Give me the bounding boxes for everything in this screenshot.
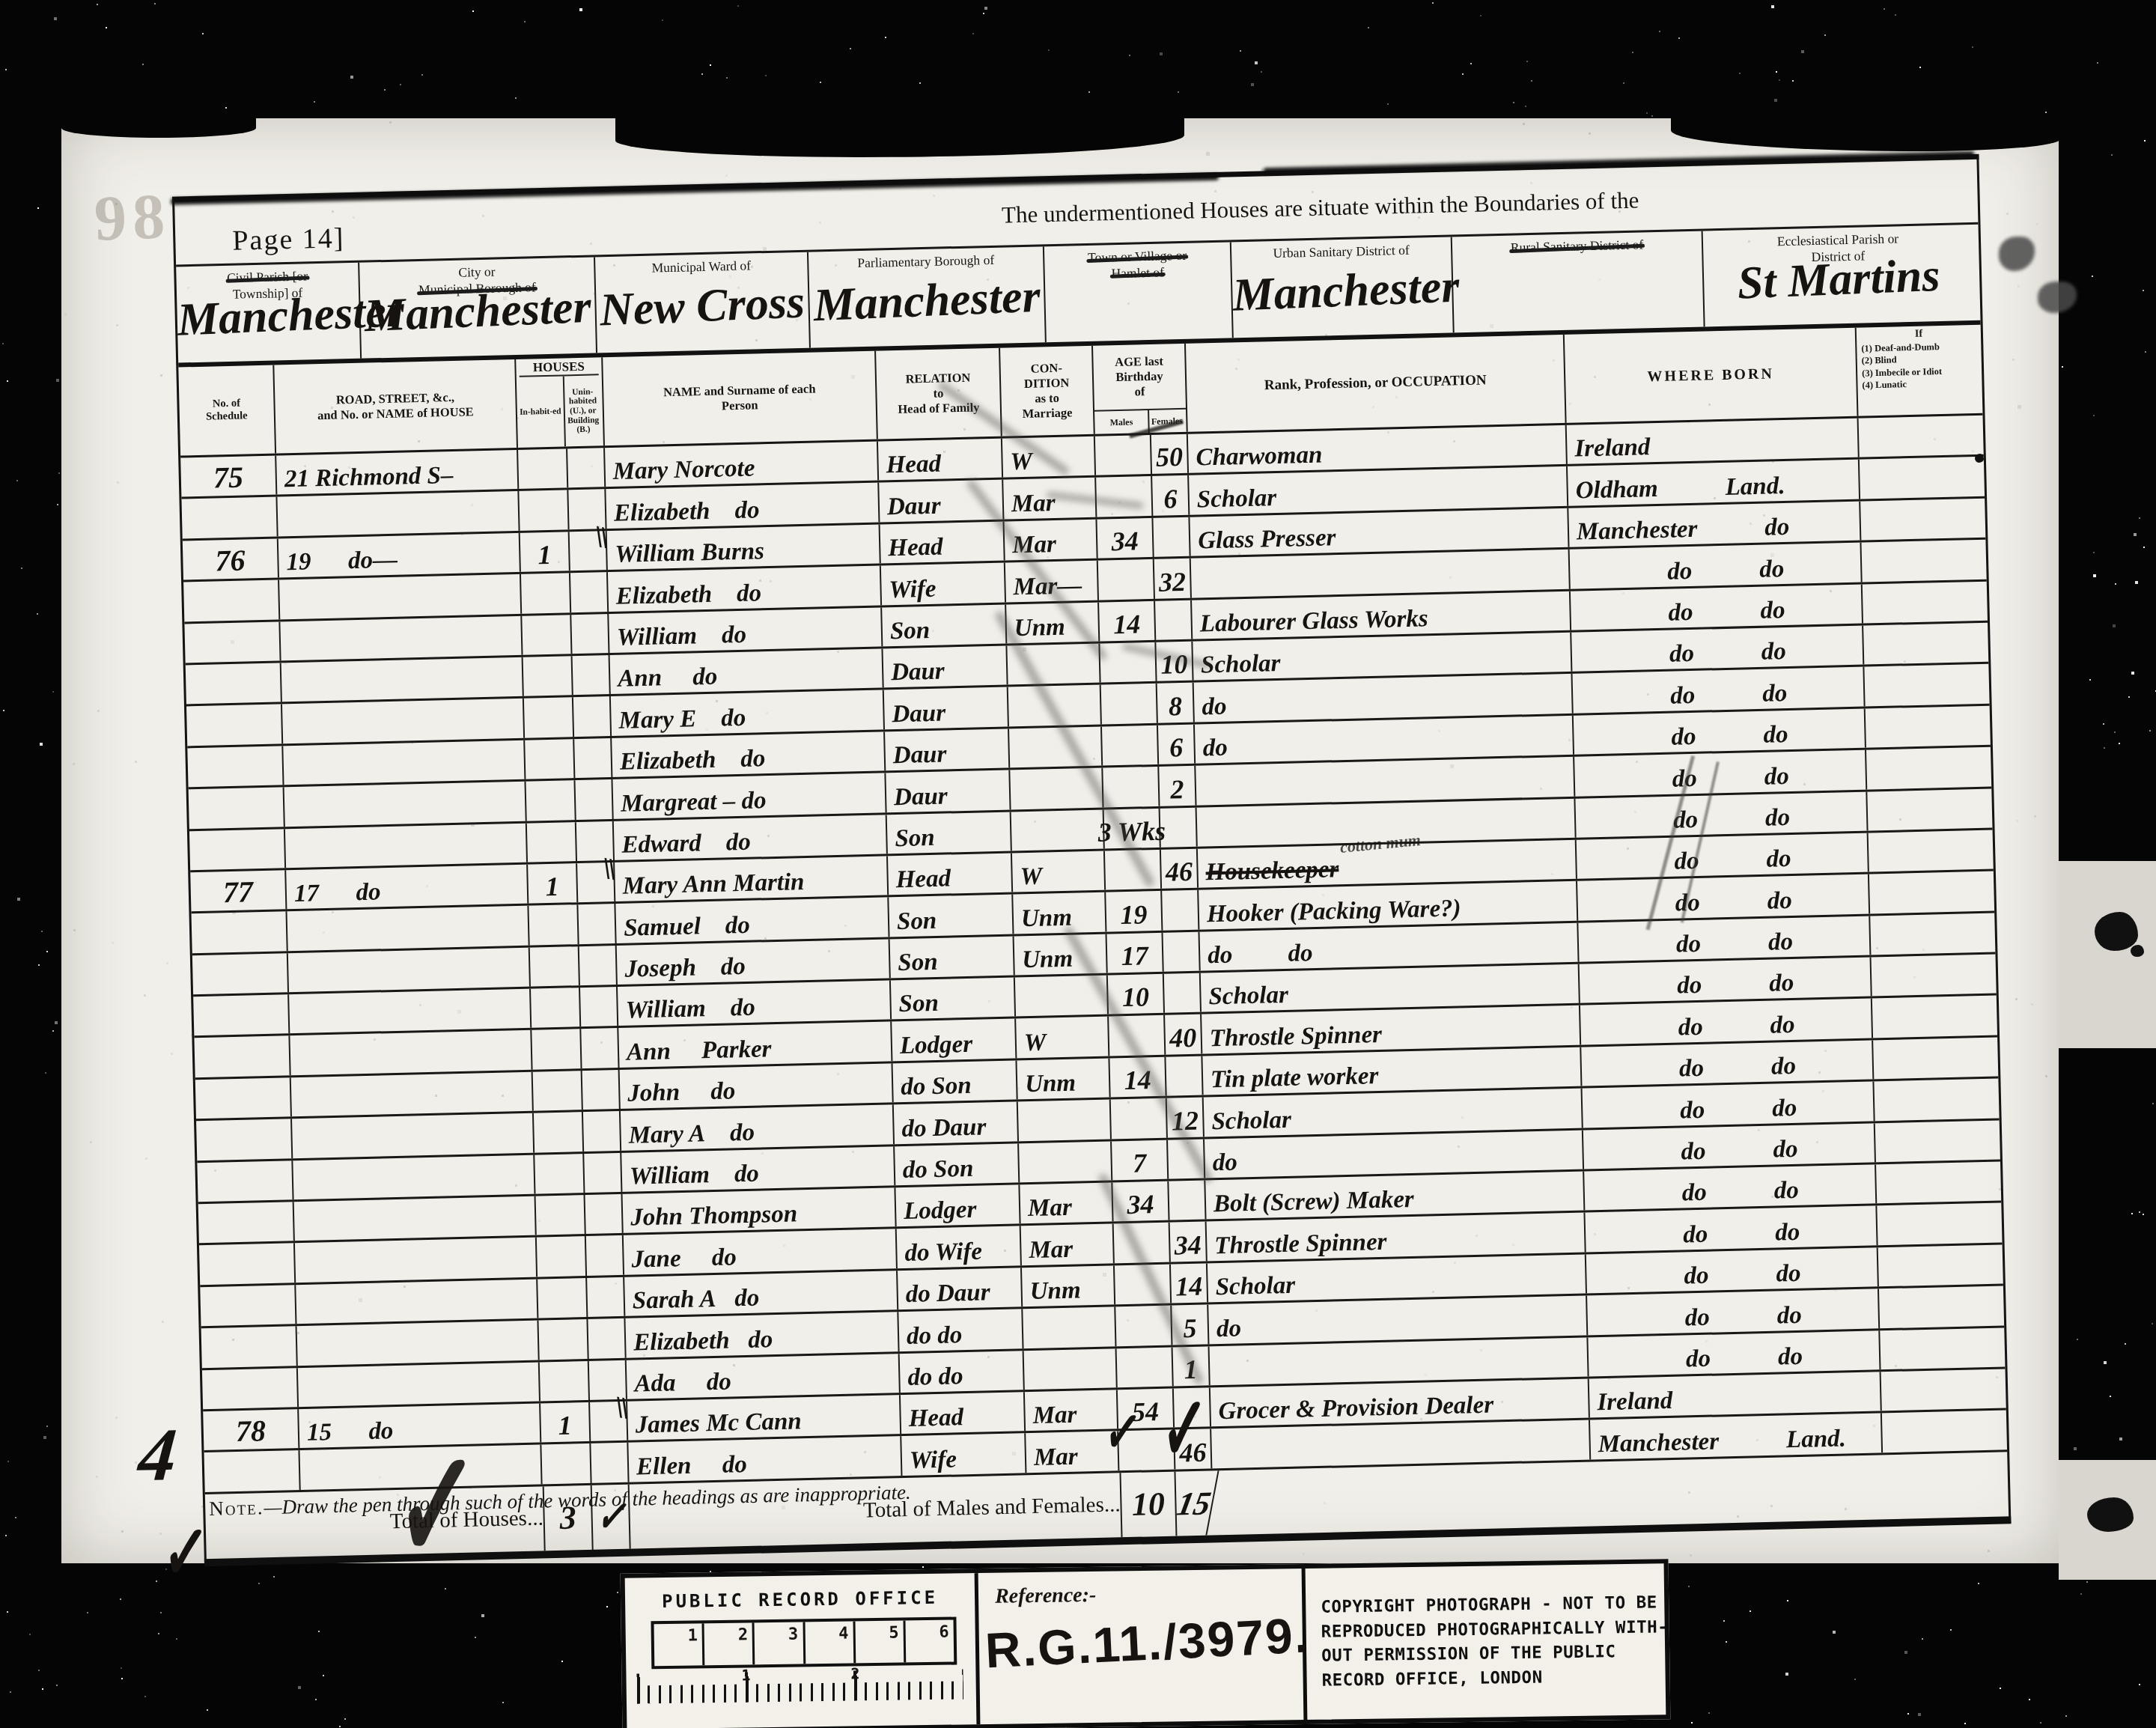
cell-relation: Head: [880, 521, 1005, 563]
cell-name: Elizabeth do: [625, 1312, 899, 1357]
cell-disability: [1866, 747, 1991, 789]
stamp-copyright-panel: COPYRIGHT PHOTOGRAPH - NOT TO BE REPRODU…: [1306, 1564, 1653, 1720]
reference-number: R.G.11./3979.: [984, 1606, 1310, 1679]
cell-inhabited: 1: [528, 863, 578, 904]
admin-handwritten-value: Manchester: [1231, 261, 1453, 323]
cell-road: [290, 1030, 532, 1075]
cell-name: William do: [618, 980, 892, 1026]
census-paper: 98 Page 14] The undermentioned Houses ar…: [61, 118, 2059, 1563]
cell-relation: Head: [878, 439, 1003, 481]
cell-occupation: Scholar: [1201, 964, 1580, 1012]
cell-road: [294, 1196, 537, 1241]
cell-name: Elizabeth do: [606, 483, 880, 529]
cell-relation: Head: [901, 1392, 1026, 1434]
cell-born: Ireland: [1589, 1372, 1882, 1418]
cell-occupation: Labourer Glass Works: [1192, 591, 1571, 639]
cell-age_f: 2: [1159, 766, 1196, 806]
col-uninhabited: Unin-habited (U.), or Building (B.): [564, 376, 602, 447]
cell-schedule: [193, 994, 290, 1035]
cell-relation: do Son: [895, 1143, 1020, 1185]
cell-disability: [1864, 664, 1989, 706]
speckle-layer: [0, 1563, 1, 1565]
cell-relation: Son: [887, 812, 1012, 854]
cell-schedule: 76: [183, 538, 279, 579]
cell-relation: Wife: [901, 1434, 1026, 1476]
cell-condition: Mar: [1020, 1182, 1113, 1223]
cell-uninhabited: [585, 1194, 624, 1235]
cell-occupation: Scholar: [1189, 466, 1568, 514]
cell-name: Elizabeth do: [608, 566, 882, 612]
admin-label: Town or Village or: [1088, 248, 1187, 265]
ink-blot: [1975, 454, 1984, 463]
cell-schedule: [194, 1036, 290, 1077]
admin-cell-6: Rural Sanitary District of: [1452, 231, 1705, 332]
cell-relation: Daur: [883, 645, 1008, 687]
check-mark: ✓: [1160, 1374, 1210, 1484]
cell-name: Joseph do: [617, 939, 891, 985]
cell-uninhabited: [571, 614, 609, 654]
cell-inhabited: [534, 1112, 584, 1152]
cell-name: Ann do: [610, 648, 884, 694]
check-mark: ✓: [160, 1505, 212, 1601]
cell-uninhabited: [584, 1153, 622, 1193]
cell-uninhabited: [573, 696, 612, 737]
cell-uninhabited: [583, 1111, 621, 1152]
cell-inhabited: [538, 1319, 588, 1360]
cell-relation: Head: [888, 853, 1013, 895]
cell-disability: [1869, 830, 1994, 872]
cell-born: dodo: [1583, 1123, 1876, 1169]
cell-road: [298, 1362, 540, 1407]
cell-age_f: [1160, 807, 1198, 848]
cell-relation: Daur: [886, 770, 1011, 812]
cell-occupation: Scholar: [1193, 633, 1572, 681]
cell-schedule: [197, 1160, 293, 1202]
cell-name: Elizabeth do: [612, 731, 886, 777]
cell-age_f: 40: [1165, 1014, 1202, 1055]
cell-relation: Daur: [884, 687, 1009, 729]
cell-relation: Lodger: [892, 1019, 1017, 1061]
cell-road: [280, 615, 523, 660]
cell-occupation: Grocer & Provision Dealer: [1211, 1378, 1590, 1426]
cell-occupation: Hooker (Packing Ware?): [1199, 881, 1578, 929]
stamp-title: PUBLIC RECORD OFFICE: [625, 1586, 975, 1613]
cell-uninhabited: [570, 572, 609, 612]
cell-age_f: 32: [1154, 559, 1192, 599]
cell-inhabited: [530, 946, 580, 987]
cell-road: [285, 823, 528, 868]
cell-inhabited: [538, 1278, 588, 1318]
cell-relation: Son: [882, 604, 1007, 646]
page-number: Page 14]: [232, 222, 345, 258]
cell-born: dodo: [1580, 958, 1872, 1004]
cell-uninhabited: [581, 1028, 619, 1068]
cell-schedule: [201, 1326, 298, 1367]
cell-schedule: [202, 1368, 299, 1409]
cell-name: Sarah A do: [624, 1271, 898, 1316]
admin-handwritten-value: Manchester: [359, 281, 596, 344]
col-name: NAME and Surname of each Person: [603, 351, 878, 446]
table-rows: 7521 Richmond S–Mary NorcoteHeadW50Charw…: [180, 416, 2007, 1494]
cell-age_f: [1155, 600, 1193, 640]
admin-handwritten-value: Manchester: [176, 287, 360, 347]
cell-inhabited: [537, 1236, 587, 1277]
cell-name: Ellen do: [628, 1437, 902, 1482]
cell-road: [296, 1279, 538, 1324]
cell-inhabited: [521, 573, 571, 613]
cell-name: Edward do: [614, 815, 888, 860]
cell-inhabited: [522, 615, 572, 655]
cell-name: William do: [621, 1146, 895, 1192]
cell-condition: Mar: [1021, 1224, 1115, 1265]
cell-condition: Unm: [1013, 892, 1106, 934]
cell-schedule: [198, 1202, 295, 1243]
cell-schedule: [186, 663, 282, 704]
cell-road: 17 do: [286, 865, 529, 910]
cell-disability: [1870, 913, 1995, 955]
cell-uninhabited: [575, 779, 613, 820]
boundaries-banner: The undermentioned Houses are situate wi…: [797, 182, 1845, 234]
cell-disability: [1879, 1286, 2004, 1328]
cell-schedule: [187, 746, 284, 787]
cell-relation: do Daur: [894, 1102, 1019, 1144]
cell-uninhabited: [591, 1443, 629, 1483]
cell-uninhabited: [586, 1235, 624, 1276]
cell-occupation: [1211, 1420, 1591, 1468]
cell-condition: W: [1016, 1017, 1109, 1058]
cell-occupation: do: [1208, 1296, 1588, 1344]
census-table: Page 14] The undermentioned Houses are s…: [172, 154, 2011, 1566]
cell-born: dodo: [1583, 1082, 1875, 1128]
cell-age_m: 17: [1107, 932, 1164, 973]
cell-born: dodo: [1586, 1247, 1879, 1294]
col-inhabited: In-habit-ed: [517, 377, 566, 448]
cell-relation: Daur: [885, 728, 1010, 770]
admin-label: Rural Sanitary District of: [1511, 237, 1644, 255]
cell-born: dodo: [1578, 916, 1871, 962]
cell-occupation: do do: [1199, 922, 1579, 970]
admin-cell-3: Parliamentary Borough ofManchester: [808, 246, 1047, 347]
cell-schedule: [184, 621, 281, 663]
cell-disability: [1880, 1327, 2005, 1369]
cell-relation: Son: [891, 977, 1016, 1019]
cell-disability: [1882, 1411, 2007, 1452]
cell-disability: [1860, 499, 1985, 541]
cell-inhabited: [531, 988, 581, 1028]
cell-road: [292, 1113, 535, 1158]
cell-occupation: Glass Presser: [1190, 508, 1569, 556]
cell-relation: do Daur: [898, 1268, 1023, 1309]
photo-border-right: [2059, 120, 2156, 1565]
cell-inhabited: [525, 739, 575, 779]
cell-age_f: 6: [1152, 475, 1190, 516]
cell-age_m: 14: [1099, 600, 1156, 641]
cell-uninhabited: [573, 655, 611, 696]
admin-label: Municipal Ward of: [651, 258, 751, 275]
cell-inhabited: [519, 490, 569, 531]
cell-born: dodo: [1585, 1206, 1878, 1253]
cell-age_f: 50: [1151, 434, 1189, 475]
torn-edge: [61, 118, 256, 138]
cell-occupation: Throstle Spinner: [1202, 1006, 1581, 1053]
cell-disability: [1869, 871, 1994, 913]
cell-born: dodo: [1584, 1164, 1877, 1211]
admin-handwritten-value: St Martins: [1703, 248, 1975, 312]
cell-condition: [1011, 809, 1105, 851]
cell-age_m: [1101, 684, 1158, 724]
cell-uninhabited: [579, 946, 618, 986]
census-sheet: Page 14] The undermentioned Houses are s…: [66, 153, 2044, 1592]
cell-occupation: [1210, 1337, 1589, 1385]
cell-uninhabited: [567, 448, 606, 488]
cell-condition: [1018, 1100, 1112, 1141]
cell-occupation: Scholar: [1204, 1089, 1583, 1137]
cell-born: dodo: [1581, 1040, 1874, 1086]
cell-schedule: 75: [180, 455, 277, 496]
cell-schedule: [192, 953, 289, 994]
cell-schedule: [192, 912, 288, 953]
cell-name: Mary Norcote: [605, 442, 879, 487]
cell-inhabited: [524, 698, 574, 738]
cell-relation: Lodger: [895, 1184, 1020, 1226]
cell-name: William do: [609, 607, 883, 653]
speckle-layer: [0, 120, 1, 121]
cell-disability: [1861, 540, 1986, 582]
col-road: ROAD, STREET, &c., and No. or NAME of HO…: [274, 359, 518, 454]
ruler-fine-scale: 1 2: [636, 1667, 963, 1705]
cell-uninhabited: [582, 1070, 621, 1110]
cell-schedule: 77: [190, 870, 287, 911]
cell-condition: Unm: [1022, 1265, 1115, 1306]
cell-born: dodo: [1574, 750, 1867, 797]
cell-road: [291, 1071, 534, 1116]
admin-cell-4: Town or Village orHamlet of: [1044, 242, 1234, 342]
cell-born: dodo: [1570, 543, 1863, 589]
cell-disability: [1863, 623, 1988, 665]
cell-road: [289, 989, 532, 1034]
admin-cell-7: Ecclesiastical Parish orDistrict ofSt Ma…: [1703, 225, 1975, 326]
cell-road: [297, 1321, 540, 1366]
cell-relation: do do: [898, 1309, 1023, 1351]
cell-road: 21 Richmond S–: [276, 450, 519, 495]
cell-disability: [1872, 955, 1997, 997]
cell-born: dodo: [1572, 667, 1865, 714]
cell-inhabited: [540, 1361, 590, 1402]
cell-inhabited: [526, 780, 576, 821]
cell-road: [277, 491, 520, 536]
cell-name: Jane do: [624, 1229, 898, 1275]
cell-relation: Wife: [881, 563, 1006, 605]
cell-age_m: [1111, 1098, 1168, 1139]
cell-age_f: 34: [1170, 1222, 1208, 1262]
cell-occupation: Housekeepercotton mum: [1198, 840, 1577, 888]
cell-condition: [1024, 1348, 1118, 1390]
cell-occupation: Bolt (Screw) Maker: [1205, 1172, 1585, 1220]
cell-disability: [1860, 457, 1985, 499]
cell-age_f: 8: [1157, 683, 1195, 723]
cell-condition: [1023, 1307, 1116, 1348]
cell-relation: do do: [900, 1351, 1025, 1393]
cell-disability: [1877, 1203, 2002, 1245]
admin-label: City or: [458, 264, 496, 280]
cell-uninhabited: [588, 1318, 626, 1359]
cell-schedule: [204, 1450, 301, 1491]
cell-born: OldhamLand.: [1568, 460, 1860, 506]
cell-name: Margreat – do: [612, 773, 886, 819]
cell-road: [279, 574, 522, 619]
cell-disability: [1881, 1369, 2006, 1411]
photo-border-left: [0, 120, 61, 1565]
col-occupation: Rank, Profession, or OCCUPATION: [1186, 335, 1567, 432]
cell-age_f: [1169, 1181, 1206, 1221]
cell-born: Ireland: [1567, 419, 1860, 465]
cell-occupation: do: [1195, 715, 1574, 763]
copyright-line: RECORD OFFICE, LONDON: [1321, 1664, 1669, 1693]
cell-name: \\William Burns: [607, 524, 881, 570]
correction-number: 4: [135, 1411, 180, 1498]
cell-disability: [1874, 1079, 1999, 1121]
stamp-reference-panel: Reference:- R.G.11./3979.: [978, 1569, 1308, 1724]
cell-born: dodo: [1571, 584, 1863, 630]
cell-born: dodo: [1587, 1289, 1880, 1336]
cell-age_m: [1102, 725, 1159, 766]
cell-name: John do: [620, 1063, 894, 1109]
col-born: WHERE BORN: [1565, 328, 1859, 423]
ink-blot: [2087, 1497, 2134, 1532]
cell-age_m: 7: [1112, 1140, 1169, 1180]
cell-inhabited: [532, 1029, 582, 1070]
cell-name: Mary E do: [611, 690, 885, 736]
cell-occupation: Scholar: [1208, 1254, 1587, 1302]
col-relation: RELATION to Head of Family: [876, 348, 1002, 439]
cell-inhabited: [533, 1071, 583, 1111]
cell-name: Mary A do: [621, 1105, 895, 1151]
cell-age_f: [1163, 931, 1200, 972]
cell-uninhabited: [578, 904, 616, 944]
cell-occupation: [1196, 757, 1575, 805]
cell-disability: [1866, 705, 1991, 747]
cell-disability: [1878, 1244, 2003, 1286]
cell-disability: [1863, 581, 1988, 623]
cell-name: \\James Mc Cann: [627, 1395, 901, 1440]
col-age: AGE last Birthday of Males Females: [1093, 344, 1188, 434]
cell-uninhabited: [587, 1277, 625, 1318]
cell-born: dodo: [1580, 999, 1873, 1045]
ink-smudge: [1999, 237, 2035, 271]
admin-cell-0: Civil Parish [orTownship] ofManchester: [176, 263, 362, 363]
cell-inhabited: [535, 1154, 585, 1194]
col-houses: HOUSES In-habit-ed Unin-habited (U.), or…: [516, 357, 605, 448]
torn-edge: [615, 118, 1184, 157]
admin-handwritten-value: Manchester: [808, 270, 1045, 333]
cell-condition: Unm: [1017, 1058, 1110, 1099]
cell-name: Ann Parker: [618, 1022, 892, 1068]
cell-relation: Son: [889, 895, 1014, 937]
cell-road: [287, 906, 530, 951]
cell-inhabited: [529, 904, 579, 945]
cell-schedule: [195, 1077, 292, 1119]
cell-disability: [1859, 416, 1984, 457]
cell-age_f: 14: [1171, 1263, 1208, 1303]
check-mark: ✓: [392, 1413, 482, 1600]
admin-label: Ecclesiastical Parish or: [1777, 231, 1899, 249]
cell-road: [295, 1238, 538, 1283]
cell-occupation: [1191, 550, 1571, 597]
cell-road: [282, 699, 525, 743]
cell-schedule: [189, 787, 285, 828]
cell-occupation: do: [1205, 1130, 1584, 1178]
stamp-ruler-panel: PUBLIC RECORD OFFICE 1 2 3 4 5 6 1 2: [625, 1573, 981, 1728]
cell-disability: [1872, 996, 1997, 1038]
admin-cell-2: Municipal Ward ofNew Cross: [595, 252, 811, 353]
cell-inhabited: [527, 822, 577, 863]
cell-age_m: [1098, 559, 1155, 600]
cell-occupation: Tin plate worker: [1202, 1047, 1582, 1095]
cell-inhabited: 1: [520, 532, 570, 572]
admin-label: Urban Sanitary District of: [1273, 243, 1410, 261]
cell-inhabited: [518, 448, 568, 489]
cell-age_f: [1166, 1056, 1203, 1096]
cell-condition: W: [1012, 851, 1106, 892]
cell-born: dodo: [1571, 626, 1864, 672]
cell-age_m: [1103, 767, 1160, 807]
cell-inhabited: 1: [540, 1402, 591, 1443]
cell-age_f: [1153, 517, 1190, 558]
ink-blot: [2095, 912, 2138, 951]
ink-blot: [2131, 945, 2144, 957]
cell-disability: [1876, 1162, 2001, 1204]
cell-name: \\Mary Ann Martin: [615, 856, 889, 901]
cell-road: [288, 947, 531, 992]
speckle-layer: [0, 0, 1, 1]
reference-label: Reference:-: [995, 1584, 1097, 1609]
cell-road: [284, 782, 527, 827]
cell-road: [283, 740, 526, 785]
copyright-line: REPRODUCED PHOTOGRAPHICALLY WITH-: [1321, 1615, 1669, 1644]
cell-born: ManchesterLand.: [1590, 1414, 1883, 1460]
cell-occupation: Charwoman: [1188, 425, 1568, 473]
cell-disability: [1873, 1037, 1998, 1079]
admin-cell-1: City orMunicipal Borough ofManchester: [359, 257, 597, 358]
cell-uninhabited: [574, 738, 612, 779]
cell-born: dodo: [1574, 708, 1866, 755]
col-disability: If (1) Deaf-and-Dumb (2) Blind (3) Imbec…: [1857, 325, 1983, 416]
cell-age_f: [1162, 890, 1199, 931]
cell-born: Manchesterdo: [1568, 501, 1861, 547]
cell-age_f: 6: [1158, 724, 1196, 764]
cell-inhabited: [541, 1443, 591, 1484]
cell-age_f: [1164, 973, 1202, 1014]
cell-born: dodo: [1577, 833, 1869, 879]
cell-relation: Son: [890, 936, 1015, 978]
cell-born: dodo: [1588, 1330, 1881, 1377]
cell-schedule: [200, 1285, 296, 1326]
cell-name: John Thompson: [623, 1187, 897, 1233]
cell-disability: [1875, 1120, 2000, 1162]
admin-cell-5: Urban Sanitary District ofManchester: [1231, 237, 1455, 338]
cell-occupation: do: [1194, 674, 1574, 722]
ruler-scale: 1 2 3 4 5 6: [651, 1617, 957, 1670]
cell-age_m: 34: [1097, 518, 1154, 559]
cell-inhabited: [536, 1195, 586, 1235]
cell-schedule: [196, 1119, 293, 1160]
census-scan-page: 98 Page 14] The undermentioned Houses ar…: [0, 0, 2156, 1728]
cell-age_m: [1096, 476, 1153, 517]
cell-relation: do Wife: [897, 1226, 1022, 1268]
cell-condition: [1009, 726, 1103, 767]
cell-occupation: Throstle Spinner: [1207, 1213, 1586, 1261]
photo-border-top: [0, 0, 2156, 120]
